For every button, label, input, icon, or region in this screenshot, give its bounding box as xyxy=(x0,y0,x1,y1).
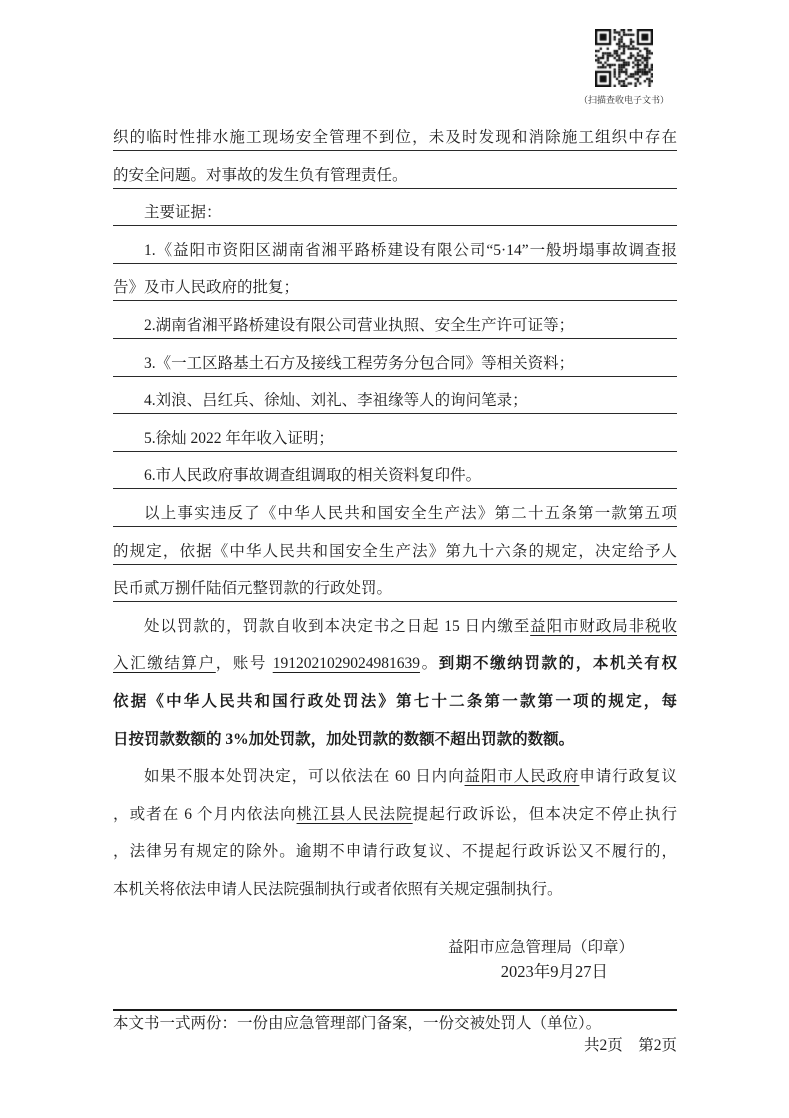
text-run: 。 xyxy=(420,655,439,672)
paragraph: 主要证据： xyxy=(113,194,677,232)
text-line: 4.刘浪、吕红兵、徐灿、刘礼、李祖缘等人的询问笔录； xyxy=(113,382,677,420)
paragraph: 1.《益阳市资阳区湖南省湘平路桥建设有限公司“5·14”一般坍塌事故调查报告》及… xyxy=(113,232,677,307)
text-line: 日按罚款数额的 3%加处罚款，加处罚款的数额不超出罚款的数额。 xyxy=(113,721,677,759)
text-line: 告》及市人民政府的批复； xyxy=(113,269,677,307)
document-body: 织的临时性排水施工现场安全管理不到位，未及时发现和消除施工组织中存在的安全问题。… xyxy=(113,119,677,908)
text-run: 6.市人民政府事故调查组调取的相关资料复印件。 xyxy=(144,467,481,484)
signature-block: 益阳市应急管理局（印章） 2023年9月27日 xyxy=(113,936,677,984)
underlined-text: 益阳市人民政府 xyxy=(465,768,580,785)
underlined-text: 1912021029024981639 xyxy=(273,655,420,672)
text-line: 入汇缴结算户，账号 1912021029024981639。到期不缴纳罚款的，本… xyxy=(113,645,677,683)
text-line: 依据《中华人民共和国行政处罚法》第七十二条第一款第一项的规定，每 xyxy=(113,683,677,721)
text-line: 的安全问题。对事故的发生负有管理责任。 xyxy=(113,157,677,195)
paragraph: 以上事实违反了《中华人民共和国安全生产法》第二十五条第一款第五项的规定，依据《中… xyxy=(113,495,677,608)
text-run: 织的临时性排水施工现场安全管理不到位，未及时发现和消除施工组织中存在 xyxy=(113,129,677,146)
text-run: 本机关将依法申请人民法院强制执行或者依照有关规定强制执行。 xyxy=(113,881,563,898)
text-run: 4.刘浪、吕红兵、徐灿、刘礼、李祖缘等人的询问笔录； xyxy=(144,392,528,409)
paragraph: 织的临时性排水施工现场安全管理不到位，未及时发现和消除施工组织中存在的安全问题。… xyxy=(113,119,677,194)
text-run: 的规定，依据《中华人民共和国安全生产法》第九十六条的规定，决定给予人 xyxy=(113,543,677,560)
paragraph: 2.湖南省湘平路桥建设有限公司营业执照、安全生产许可证等； xyxy=(113,307,677,345)
text-line: 2.湖南省湘平路桥建设有限公司营业执照、安全生产许可证等； xyxy=(113,307,677,345)
text-run: 处以罚款的，罚款自收到本决定书之日起 15 日内缴至 xyxy=(144,618,530,635)
text-line: 6.市人民政府事故调查组调取的相关资料复印件。 xyxy=(113,457,677,495)
underlined-text: 益阳市财政局非税收 xyxy=(530,618,677,635)
paragraph: 4.刘浪、吕红兵、徐灿、刘礼、李祖缘等人的询问笔录； xyxy=(113,382,677,420)
paragraph: 3.《一工区路基土石方及接线工程劳务分包合同》等相关资料； xyxy=(113,345,677,383)
qr-block: （扫描查收电子文书） xyxy=(560,29,688,106)
text-run: ，法律另有规定的除外。逾期不申请行政复议、不提起行政诉讼又不履行的， xyxy=(113,843,677,860)
text-line: ，法律另有规定的除外。逾期不申请行政复议、不提起行政诉讼又不履行的， xyxy=(113,833,677,871)
bold-text: 依据《中华人民共和国行政处罚法》第七十二条第一款第一项的规定，每 xyxy=(113,693,677,710)
text-line: 处以罚款的，罚款自收到本决定书之日起 15 日内缴至益阳市财政局非税收 xyxy=(113,608,677,646)
text-run: 2.湖南省湘平路桥建设有限公司营业执照、安全生产许可证等； xyxy=(144,317,574,334)
underlined-text: 桃江县人民法院 xyxy=(297,806,413,823)
text-run: ，或者在 6 个月内依法向 xyxy=(113,806,297,823)
paragraph: 处以罚款的，罚款自收到本决定书之日起 15 日内缴至益阳市财政局非税收入汇缴结算… xyxy=(113,608,677,758)
page-indicator: 共2页 第2页 xyxy=(113,1035,677,1057)
qr-caption: （扫描查收电子文书） xyxy=(560,93,688,106)
qr-code xyxy=(595,29,653,87)
text-run: ，账号 xyxy=(216,655,273,672)
text-run: 1.《益阳市资阳区湖南省湘平路桥建设有限公司“5·14”一般坍塌事故调查报 xyxy=(144,242,677,259)
text-run: 的安全问题。对事故的发生负有管理责任。 xyxy=(113,167,408,184)
text-run: 申请行政复议 xyxy=(579,768,677,785)
text-run: 民币贰万捌仟陆佰元整罚款的行政处罚。 xyxy=(113,580,392,597)
text-line: 民币贰万捌仟陆佰元整罚款的行政处罚。 xyxy=(113,570,677,608)
text-line: 主要证据： xyxy=(113,194,677,232)
text-line: 本机关将依法申请人民法院强制执行或者依照有关规定强制执行。 xyxy=(113,871,677,909)
text-line: ，或者在 6 个月内依法向桃江县人民法院提起行政诉讼，但本决定不停止执行 xyxy=(113,796,677,834)
paragraph: 如果不服本处罚决定，可以依法在 60 日内向益阳市人民政府申请行政复议，或者在 … xyxy=(113,758,677,908)
text-line: 如果不服本处罚决定，可以依法在 60 日内向益阳市人民政府申请行政复议 xyxy=(113,758,677,796)
footer-note: 本文书一式两份：一份由应急管理部门备案，一份交被处罚人（单位）。 xyxy=(113,1011,677,1035)
text-run: 提起行政诉讼，但本决定不停止执行 xyxy=(413,806,677,823)
issue-date: 2023年9月27日 xyxy=(113,960,677,984)
paragraph: 5.徐灿 2022 年年收入证明； xyxy=(113,420,677,458)
underlined-text: 入汇缴结算户 xyxy=(113,655,216,672)
text-run: 如果不服本处罚决定，可以依法在 60 日内向 xyxy=(144,768,465,785)
text-line: 织的临时性排水施工现场安全管理不到位，未及时发现和消除施工组织中存在 xyxy=(113,119,677,157)
text-run: 3.《一工区路基土石方及接线工程劳务分包合同》等相关资料； xyxy=(144,355,574,372)
text-line: 3.《一工区路基土石方及接线工程劳务分包合同》等相关资料； xyxy=(113,345,677,383)
text-line: 1.《益阳市资阳区湖南省湘平路桥建设有限公司“5·14”一般坍塌事故调查报 xyxy=(113,232,677,270)
issuing-authority: 益阳市应急管理局（印章） xyxy=(113,936,677,960)
text-run: 主要证据： xyxy=(144,204,222,221)
text-run: 5.徐灿 2022 年年收入证明； xyxy=(144,430,334,447)
text-run: 以上事实违反了《中华人民共和国安全生产法》第二十五条第一款第五项 xyxy=(144,505,677,522)
text-run: 告》及市人民政府的批复； xyxy=(113,279,299,296)
footer: 本文书一式两份：一份由应急管理部门备案，一份交被处罚人（单位）。 共2页 第2页 xyxy=(113,1009,677,1057)
text-line: 5.徐灿 2022 年年收入证明； xyxy=(113,420,677,458)
bold-text: 日按罚款数额的 3%加处罚款，加处罚款的数额不超出罚款的数额。 xyxy=(113,731,574,748)
paragraph: 6.市人民政府事故调查组调取的相关资料复印件。 xyxy=(113,457,677,495)
bold-text: 到期不缴纳罚款的，本机关有权 xyxy=(439,655,677,672)
text-line: 以上事实违反了《中华人民共和国安全生产法》第二十五条第一款第五项 xyxy=(113,495,677,533)
text-line: 的规定，依据《中华人民共和国安全生产法》第九十六条的规定，决定给予人 xyxy=(113,533,677,571)
